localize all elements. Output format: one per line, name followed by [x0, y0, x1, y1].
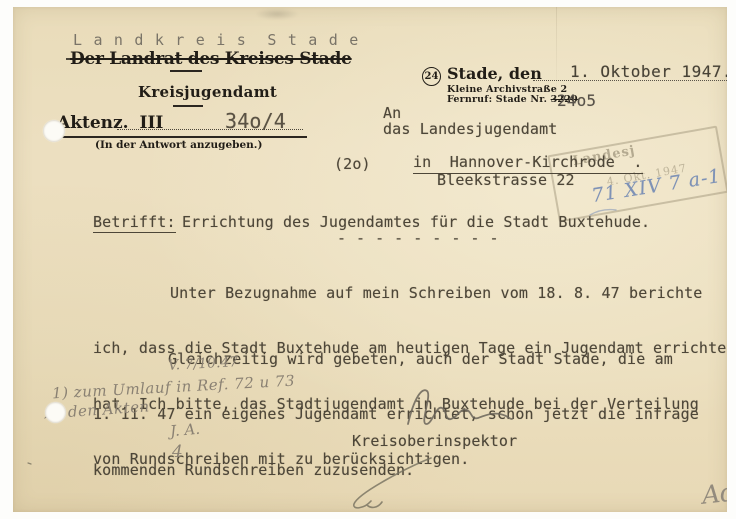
subject-label: Betrifft:	[93, 213, 176, 233]
phone-new-number: 24o5	[557, 91, 596, 110]
punch-hole-top	[43, 120, 65, 142]
pencil-smudge	[255, 8, 299, 20]
strikethrough-line	[66, 58, 328, 60]
divider-rule-top	[170, 70, 202, 72]
phone-prefix: Fernruf: Stade Nr.	[447, 94, 551, 105]
pencil-initials: J. A.	[169, 420, 200, 441]
recipient-zone: (2o)	[334, 155, 371, 173]
pencil-mark: 4	[172, 442, 183, 462]
recipient-name: das Landesjugendamt	[383, 120, 557, 138]
dateline-date: 1. Oktober 1947.	[570, 62, 727, 81]
file-ref-dotted-line	[117, 129, 303, 130]
subject-dash-underline: - - - - - - - - -	[337, 229, 499, 247]
recipient-street: Bleekstrasse 22	[437, 171, 575, 189]
body-line: kommenden Rundschreiben zuzusenden.	[93, 462, 727, 479]
file-ref-label: Aktenz. III	[57, 113, 163, 133]
punch-hole-bottom	[45, 402, 66, 423]
divider-rule-bottom	[173, 105, 203, 107]
file-ref-solid-line	[58, 136, 307, 138]
file-ref-note: (In der Antwort anzugeben.)	[95, 139, 262, 151]
body-paragraph-2: Gleichzeitig wird gebeten, auch der Stad…	[93, 313, 727, 512]
body-line: Unter Bezugnahme auf mein Schreiben vom …	[93, 285, 727, 302]
letterhead-department: Kreisjugendamt	[138, 83, 277, 101]
letter-paper: Landesj 4. Okt. 1947 L a n d k r e i s S…	[13, 7, 727, 512]
dateline-place: Stade, den	[447, 64, 542, 83]
scanned-letter-page: Landesj 4. Okt. 1947 L a n d k r e i s S…	[0, 0, 736, 519]
postal-zone-circle: 24	[422, 67, 441, 86]
letterhead-typed-name: L a n d k r e i s S t a d e	[73, 31, 359, 49]
corner-pencil-mark: Ad	[701, 477, 727, 509]
signer-title: Kreisoberinspektor	[352, 432, 517, 450]
date-dotted-line	[533, 80, 727, 81]
